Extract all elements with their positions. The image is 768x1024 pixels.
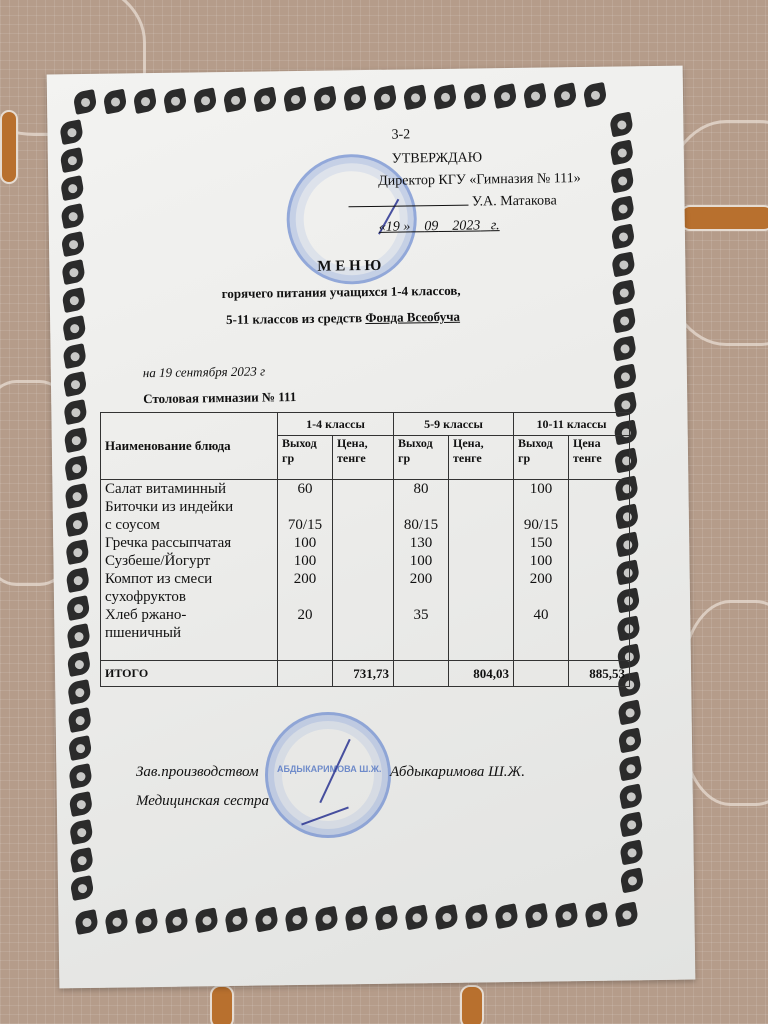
ornament-flower-icon: [402, 903, 432, 931]
ornament-flower-icon: [64, 594, 94, 622]
ornament-flower-icon: [62, 482, 92, 510]
approve-heading: УТВЕРЖДАЮ: [392, 150, 482, 167]
ornament-flower-icon: [582, 901, 612, 929]
ornament-flower-icon: [66, 762, 96, 790]
ornament-flower-icon: [521, 81, 551, 109]
ornament-flower-icon: [64, 622, 94, 650]
ornament-flower-icon: [608, 166, 638, 194]
price-5-9: [449, 480, 514, 661]
header-price: Цена, тенге: [449, 436, 514, 480]
director-line: Директор КГУ «Гимназия № 111»: [378, 171, 581, 190]
ornament-border-left: [57, 118, 98, 902]
menu-table: Наименование блюда 1-4 классы 5-9 классы…: [100, 412, 630, 687]
ornament-flower-icon: [342, 904, 372, 932]
total-yield-10-11: [514, 661, 569, 687]
header-yield: Выход гр: [514, 436, 569, 480]
ornament-flower-icon: [608, 138, 638, 166]
ornament-flower-icon: [67, 846, 97, 874]
ornament-flower-icon: [68, 874, 98, 902]
ornament-flower-icon: [492, 902, 522, 930]
tablecloth-bar: [210, 985, 234, 1024]
ornament-flower-icon: [67, 790, 97, 818]
ornament-flower-icon: [62, 426, 92, 454]
ornament-flower-icon: [617, 838, 647, 866]
tablecloth-bar: [460, 985, 484, 1024]
yields-10-11: 100 90/15 150 100 200 40: [514, 480, 569, 661]
ornament-flower-icon: [72, 908, 102, 936]
total-yield-5-9: [394, 661, 449, 687]
ornament-flower-icon: [162, 907, 192, 935]
ornament-flower-icon: [64, 566, 94, 594]
ornament-flower-icon: [311, 84, 341, 112]
date-suffix: г.: [491, 218, 500, 233]
ornament-flower-icon: [431, 83, 461, 111]
ornament-flower-icon: [522, 902, 552, 930]
ornament-flower-icon: [58, 146, 88, 174]
header-yield: Выход гр: [278, 436, 333, 480]
ornament-flower-icon: [607, 110, 637, 138]
ornament-flower-icon: [60, 314, 90, 342]
ornament-flower-icon: [611, 362, 641, 390]
ornament-flower-icon: [581, 81, 611, 109]
total-price-1-4: 731,73: [333, 661, 394, 687]
date-month: 09: [424, 219, 438, 234]
ornament-flower-icon: [59, 230, 89, 258]
ornament-flower-icon: [462, 902, 492, 930]
ornament-flower-icon: [66, 734, 96, 762]
dish-names: Салат витаминный Биточки из индейки с со…: [101, 480, 278, 661]
ornament-flower-icon: [58, 174, 88, 202]
ornament-flower-icon: [551, 81, 581, 109]
ornament-flower-icon: [71, 88, 101, 116]
ornament-flower-icon: [401, 83, 431, 111]
ornament-flower-icon: [615, 698, 645, 726]
ornament-flower-icon: [617, 782, 647, 810]
ornament-flower-icon: [161, 86, 191, 114]
official-stamp-bottom: [265, 712, 391, 838]
yields-1-4: 60 70/15 100 100 200 20: [278, 480, 333, 661]
date-day: «19 »: [379, 219, 411, 234]
ornament-flower-icon: [222, 906, 252, 934]
header-group-1-4: 1-4 классы: [278, 413, 394, 436]
header-price: Цена тенге: [569, 436, 630, 480]
ornament-flower-icon: [61, 370, 91, 398]
ornament-flower-icon: [610, 306, 640, 334]
total-yield-1-4: [278, 661, 333, 687]
ornament-flower-icon: [616, 726, 646, 754]
ornament-flower-icon: [62, 454, 92, 482]
date-year: 2023: [452, 218, 480, 233]
menu-subtitle-line2: 5-11 классов из средств Фонда Всеобуча: [226, 309, 460, 328]
ornament-flower-icon: [372, 904, 402, 932]
ornament-flower-icon: [432, 903, 462, 931]
header-group-10-11: 10-11 классы: [514, 413, 630, 436]
ornament-flower-icon: [61, 398, 91, 426]
ornament-flower-icon: [616, 754, 646, 782]
ornament-border-bottom: [72, 900, 642, 936]
approval-date: «19 » 09 2023 г.: [379, 218, 500, 236]
ornament-flower-icon: [60, 286, 90, 314]
document-code: 3-2: [391, 127, 410, 143]
header-price: Цена, тенге: [333, 436, 394, 480]
ornament-flower-icon: [552, 901, 582, 929]
ornament-flower-icon: [251, 85, 281, 113]
ornament-flower-icon: [132, 907, 162, 935]
ornament-flower-icon: [63, 510, 93, 538]
ornament-flower-icon: [191, 86, 221, 114]
ornament-flower-icon: [612, 900, 642, 928]
header-yield: Выход гр: [394, 436, 449, 480]
production-head-name: Абдыкаримова Ш.Ж.: [390, 764, 525, 781]
ornament-flower-icon: [252, 905, 282, 933]
ornament-flower-icon: [65, 678, 95, 706]
total-price-5-9: 804,03: [449, 661, 514, 687]
ornament-border-top: [71, 81, 611, 117]
ornament-flower-icon: [610, 334, 640, 362]
ornament-flower-icon: [609, 250, 639, 278]
menu-date-line: на 19 сентября 2023 г: [143, 363, 266, 381]
ornament-flower-icon: [461, 82, 491, 110]
total-price-10-11: 885,53: [569, 661, 630, 687]
canteen-name: Столовая гимназии № 111: [143, 389, 296, 407]
ornament-flower-icon: [101, 87, 131, 115]
ornament-flower-icon: [618, 866, 648, 894]
ornament-flower-icon: [57, 118, 87, 146]
header-group-5-9: 5-9 классы: [394, 413, 514, 436]
ornament-flower-icon: [221, 86, 251, 114]
tablecloth-bar: [680, 205, 768, 231]
ornament-flower-icon: [608, 194, 638, 222]
ornament-flower-icon: [610, 278, 640, 306]
subtitle-prefix: 5-11 классов из средств: [226, 310, 365, 327]
director-name: У.А. Матакова: [472, 193, 557, 209]
ornament-flower-icon: [609, 222, 639, 250]
ornament-flower-icon: [65, 650, 95, 678]
yields-5-9: 80 80/15 130 100 200 35: [394, 480, 449, 661]
ornament-flower-icon: [131, 87, 161, 115]
ornament-flower-icon: [192, 906, 222, 934]
ornament-flower-icon: [59, 258, 89, 286]
price-1-4: [333, 480, 394, 661]
nurse-label: Медицинская сестра: [136, 793, 269, 810]
menu-title: М Е Н Ю: [317, 258, 381, 276]
ornament-flower-icon: [341, 84, 371, 112]
ornament-flower-icon: [63, 538, 93, 566]
ornament-flower-icon: [282, 905, 312, 933]
ornament-flower-icon: [102, 907, 132, 935]
price-10-11: [569, 480, 630, 661]
ornament-flower-icon: [67, 818, 97, 846]
ornament-flower-icon: [281, 85, 311, 113]
ornament-flower-icon: [617, 810, 647, 838]
ornament-flower-icon: [371, 84, 401, 112]
ornament-flower-icon: [60, 342, 90, 370]
tablecloth-lace: [680, 600, 768, 806]
total-label: ИТОГО: [101, 661, 278, 687]
bottom-stamp-text: АБДЫКАРИМОВА Ш.Ж.: [277, 764, 381, 774]
director-signature-line: У.А. Матакова: [348, 193, 556, 212]
header-dish-name: Наименование блюда: [101, 413, 278, 480]
ornament-flower-icon: [58, 202, 88, 230]
production-head-label: Зав.производством: [136, 764, 259, 781]
ornament-flower-icon: [65, 706, 95, 734]
fund-name: Фонда Всеобуча: [365, 309, 460, 325]
ornament-flower-icon: [312, 904, 342, 932]
menu-subtitle-line1: горячего питания учащихся 1-4 классов,: [222, 283, 461, 302]
ornament-flower-icon: [491, 82, 521, 110]
tablecloth-bar: [0, 110, 18, 184]
